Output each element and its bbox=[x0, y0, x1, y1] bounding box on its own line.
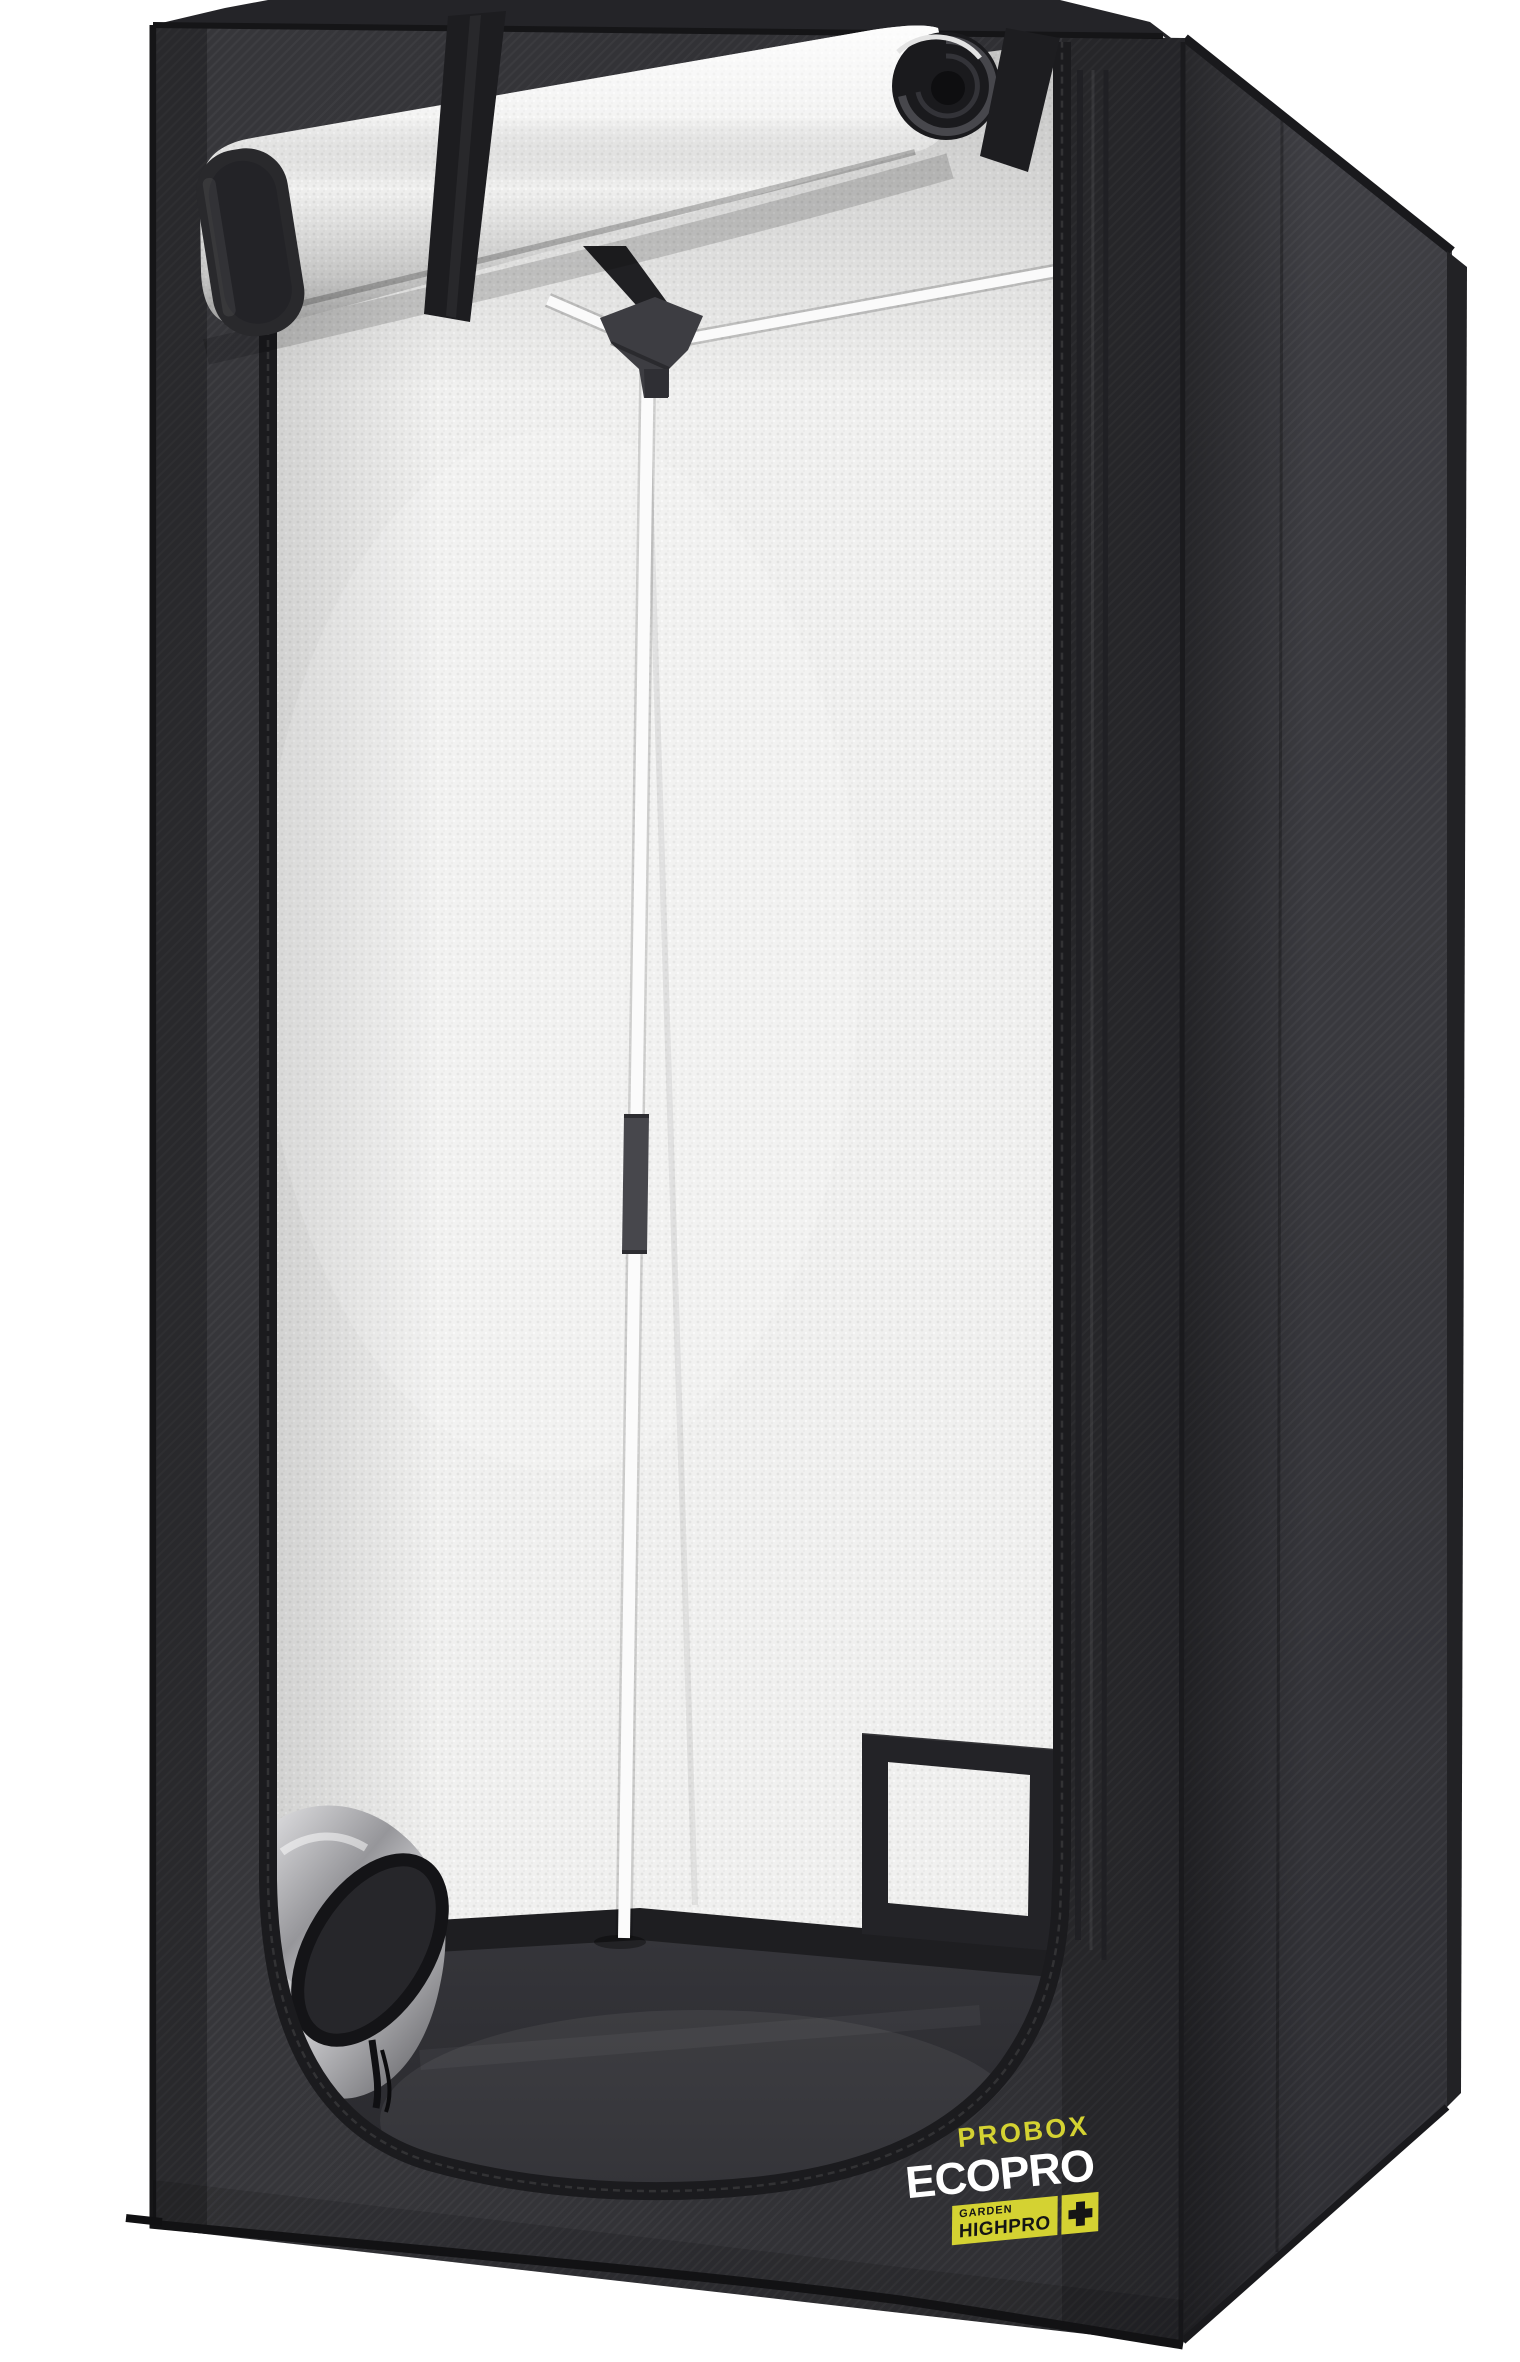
door-zipper-line-2 bbox=[1104, 70, 1106, 1960]
grow-tent-illustration bbox=[0, 0, 1520, 2362]
roll-spiral-end bbox=[892, 32, 1000, 140]
tent-foot bbox=[126, 2218, 162, 2222]
side-panel-back-edge bbox=[1447, 251, 1467, 2107]
tent-side-panel bbox=[1183, 38, 1467, 2341]
door-opening-interior bbox=[245, 0, 1062, 2362]
pole-connector-sleeve bbox=[622, 1116, 649, 1252]
door-zipper-line bbox=[1078, 70, 1080, 1940]
product-photo: PROBOX ECOPRO GARDEN HIGHPRO bbox=[0, 0, 1520, 2362]
